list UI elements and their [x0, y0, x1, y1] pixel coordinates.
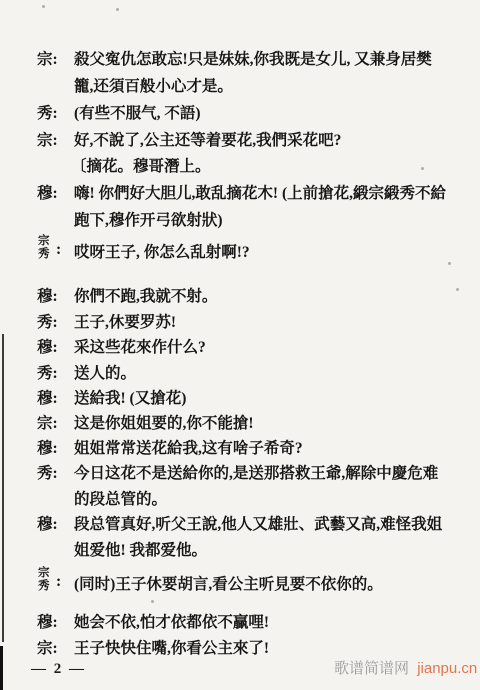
speaker-top: 宗 — [38, 567, 50, 580]
dialogue-line-dual-speaker: 宗 秀 : (同时)王子休要胡言,看公主听見要不依你的。 — [0, 567, 480, 597]
scan-speck — [116, 8, 119, 11]
dialogue-line: 穆: 她会不依,怕才依都依不贏哩! — [0, 613, 480, 635]
scanned-script-page: 宗: 殺父寃仇怎敢忘!只是妹妹,你我既是女儿, 又兼身居樊 籠,还須百般小心才是… — [0, 0, 480, 690]
dialogue-text: 她会不依,怕才依都依不贏哩! — [74, 613, 269, 633]
dialogue-continuation: 跑下,穆作开弓欲射狀) — [0, 211, 480, 233]
dialogue-line: 宗: 这是你姐姐要的,你不能搶! — [0, 414, 480, 436]
speaker-label: 秀: — [37, 313, 58, 333]
speaker-label: 穆: — [37, 287, 58, 307]
stage-direction: 〔摘花。穆哥潛上。 — [0, 157, 480, 179]
dialogue-text: 姐爱他! 我都爱他。 — [74, 541, 207, 561]
speaker-label: 穆: — [37, 184, 58, 204]
speaker-label: 穆: — [37, 389, 58, 409]
dialogue-continuation: 的段总管的。 — [0, 490, 480, 512]
dialogue-line: 穆: 段总管真好,听父王說,他人又雄壯、武藝又高,难怪我姐 — [0, 515, 480, 537]
speaker-label-stacked: 宗 秀 — [38, 567, 50, 592]
dialogue-line: 穆: 采这些花來作什么? — [0, 338, 480, 360]
dialogue-line-dual-speaker: 宗 秀 : 哎呀王子, 你怎么乱射啊!? — [0, 235, 480, 265]
dialogue-text: 殺父寃仇怎敢忘!只是妹妹,你我既是女儿, 又兼身居樊 — [74, 50, 432, 70]
watermark-site-name: 歌谱简谱网 — [334, 660, 409, 677]
dialogue-text: 送給我! (又搶花) — [74, 389, 186, 409]
dialogue-line: 穆: 嗨! 你們好大胆儿,敢乱摘花木! (上前搶花,緞宗緞秀不給 — [0, 184, 480, 206]
dialogue-continuation: 籠,还須百般小心才是。 — [0, 77, 480, 99]
dialogue-line: 秀: (有些不服气, 不語) — [0, 104, 480, 126]
dialogue-text: 送人的。 — [74, 364, 136, 384]
dialogue-line: 秀: 王子,休要罗苏! — [0, 313, 480, 335]
speaker-label-stacked: 宗 秀 — [38, 235, 50, 260]
dialogue-line: 穆: 姐姐常常送花給我,这有啥子希奇? — [0, 439, 480, 461]
scan-speck — [42, 5, 45, 8]
dialogue-text: 好,不說了,公主还等着要花,我們采花吧? — [74, 131, 341, 151]
speaker-label: 秀: — [37, 364, 58, 384]
dialogue-text: 你們不跑,我就不射。 — [74, 287, 217, 307]
speaker-label: 穆: — [37, 338, 58, 358]
dialogue-text: 姐姐常常送花給我,这有啥子希奇? — [74, 439, 303, 459]
speaker-label: 穆: — [37, 439, 58, 459]
dialogue-text: 今日这花不是送給你的,是送那搭救王爺,解除中慶危难 — [74, 464, 438, 484]
speaker-label: 秀: — [37, 104, 58, 124]
watermark-site-url: jianpu.cn — [417, 660, 477, 677]
dialogue-text: 的段总管的。 — [74, 490, 167, 510]
dialogue-text: (有些不服气, 不語) — [74, 104, 201, 124]
speaker-label: 宗: — [37, 414, 58, 434]
stage-direction-text: 〔摘花。穆哥潛上。 — [71, 157, 211, 177]
dialogue-text: 籠,还須百般小心才是。 — [74, 77, 233, 97]
speaker-bottom: 秀 — [38, 580, 50, 593]
dialogue-text: 采这些花來作什么? — [74, 338, 206, 358]
dialogue-text: 嗨! 你們好大胆儿,敢乱摘花木! (上前搶花,緞宗緞秀不給 — [74, 184, 446, 204]
dialogue-line: 穆: 你們不跑,我就不射。 — [0, 287, 480, 309]
speaker-bottom: 秀 — [38, 248, 50, 261]
dialogue-line: 秀: 今日这花不是送給你的,是送那搭救王爺,解除中慶危难 — [0, 464, 480, 486]
speaker-colon: : — [56, 573, 61, 591]
scan-speck — [151, 600, 154, 603]
dialogue-text: 哎呀王子, 你怎么乱射啊!? — [74, 240, 250, 262]
dialogue-continuation: 姐爱他! 我都爱他。 — [0, 541, 480, 563]
dialogue-text: 王子,休要罗苏! — [74, 313, 176, 333]
speaker-label: 穆: — [37, 613, 58, 633]
speaker-label: 穆: — [37, 515, 58, 535]
dialogue-line: 秀: 送人的。 — [0, 364, 480, 386]
dialogue-text: 段总管真好,听父王說,他人又雄壯、武藝又高,难怪我姐 — [74, 515, 442, 535]
speaker-label: 宗: — [37, 131, 58, 151]
dialogue-text: 跑下,穆作开弓欲射狀) — [74, 211, 223, 231]
dialogue-line: 宗: 好,不說了,公主还等着要花,我們采花吧? — [0, 131, 480, 153]
dialogue-text: 这是你姐姐要的,你不能搶! — [74, 414, 254, 434]
speaker-top: 宗 — [38, 235, 50, 248]
dialogue-line: 穆: 送給我! (又搶花) — [0, 389, 480, 411]
speaker-label: 宗: — [37, 639, 58, 659]
dialogue-text: 王子快快住嘴,你看公主來了! — [74, 639, 269, 659]
speaker-label: 秀: — [37, 464, 58, 484]
page-number: — 2 — — [31, 661, 86, 678]
dialogue-text: (同时)王子休要胡言,看公主听見要不依你的。 — [74, 572, 383, 594]
speaker-label: 宗: — [37, 50, 58, 70]
dialogue-line: 宗: 殺父寃仇怎敢忘!只是妹妹,你我既是女儿, 又兼身居樊 — [0, 50, 480, 72]
speaker-colon: : — [56, 241, 61, 259]
site-watermark: 歌谱简谱网 jianpu.cn — [334, 657, 477, 678]
